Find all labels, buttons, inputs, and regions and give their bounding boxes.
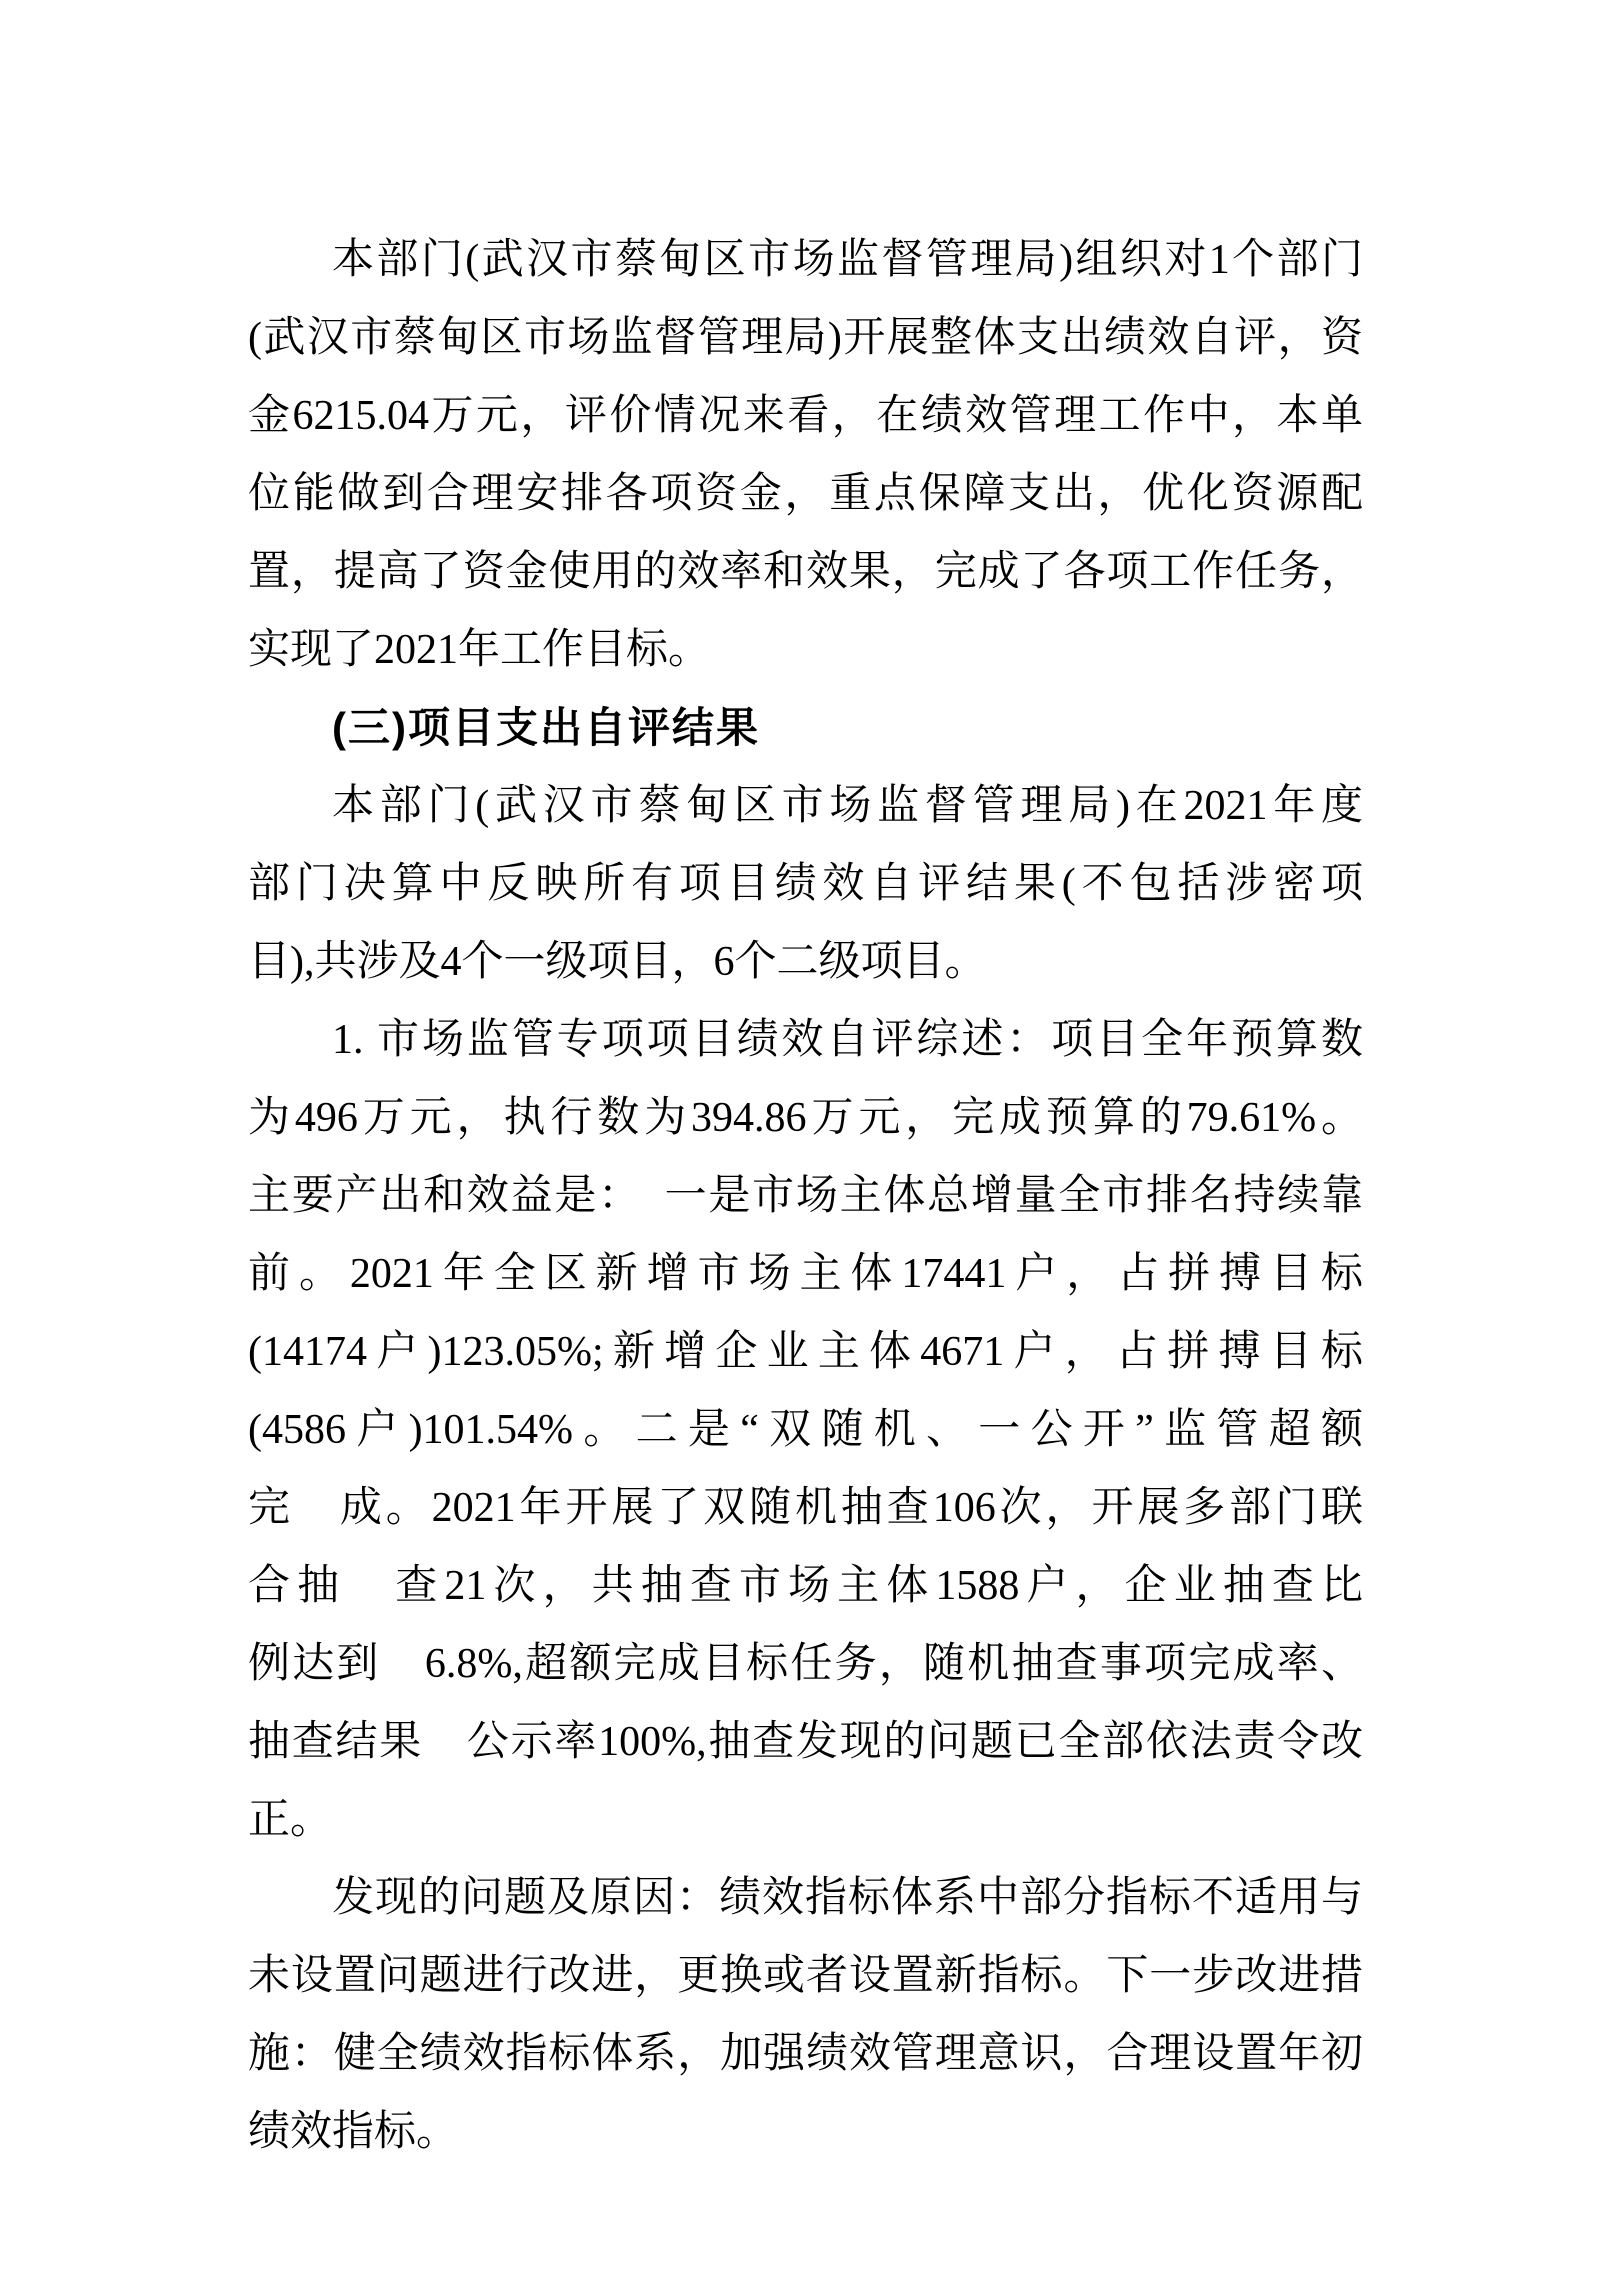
paragraph-4-line-3: 施：健全绩效指标体系，加强绩效管理意识，合理设置年初 [248,2015,1363,2093]
paragraph-1-line-3: 金6215.04万元，评价情况来看，在绩效管理工作中，本单 [248,377,1363,455]
document-page: 本部门(武汉市蔡甸区市场监督管理局)组织对1个部门 (武汉市蔡甸区市场监督管理局… [0,0,1610,2276]
paragraph-1-line-1: 本部门(武汉市蔡甸区市场监督管理局)组织对1个部门 [248,221,1363,299]
paragraph-2-line-2: 部门决算中反映所有项目绩效自评结果(不包括涉密项 [248,845,1363,923]
paragraph-3-line-11: 正。 [248,1781,1363,1859]
paragraph-1-line-6: 实现了2021年工作目标。 [248,611,1363,689]
section-heading: (三)项目支出自评结果 [248,689,1363,767]
paragraph-2-line-3: 目),共涉及4个一级项目，6个二级项目。 [248,923,1363,1001]
paragraph-3-line-8: 合抽 查21次，共抽查市场主体1588户，企业抽查比 [248,1547,1363,1625]
paragraph-3-line-2: 为496万元，执行数为394.86万元，完成预算的79.61%。 [248,1079,1363,1157]
paragraph-1-line-4: 位能做到合理安排各项资金，重点保障支出，优化资源配 [248,455,1363,533]
paragraph-3-line-3: 主要产出和效益是： 一是市场主体总增量全市排名持续靠 [248,1157,1363,1235]
paragraph-3-line-4: 前。2021年全区新增市场主体17441户，占拼搏目标 [248,1235,1363,1313]
paragraph-4-line-4: 绩效指标。 [248,2093,1363,2171]
document-text-block: 本部门(武汉市蔡甸区市场监督管理局)组织对1个部门 (武汉市蔡甸区市场监督管理局… [248,221,1363,2171]
paragraph-3-line-1: 1. 市场监管专项项目绩效自评综述：项目全年预算数 [248,1001,1363,1079]
paragraph-1-line-2: (武汉市蔡甸区市场监督管理局)开展整体支出绩效自评，资 [248,299,1363,377]
paragraph-3-line-6: (4586户)101.54%。二是“双随机、一公开”监管超额 [248,1391,1363,1469]
paragraph-1-line-5: 置，提高了资金使用的效率和效果，完成了各项工作任务， [248,533,1363,611]
paragraph-3-line-9: 例达到 6.8%,超额完成目标任务，随机抽查事项完成率、 [248,1625,1363,1703]
paragraph-3-line-7: 完 成。2021年开展了双随机抽查106次，开展多部门联 [248,1469,1363,1547]
paragraph-3-line-10: 抽查结果 公示率100%,抽查发现的问题已全部依法责令改 [248,1703,1363,1781]
paragraph-2-line-1: 本部门(武汉市蔡甸区市场监督管理局)在2021年度 [248,767,1363,845]
paragraph-4-line-2: 未设置问题进行改进，更换或者设置新指标。下一步改进措 [248,1937,1363,2015]
paragraph-3-line-5: (14174户)123.05%;新增企业主体4671户，占拼搏目标 [248,1313,1363,1391]
paragraph-4-line-1: 发现的问题及原因：绩效指标体系中部分指标不适用与 [248,1859,1363,1937]
